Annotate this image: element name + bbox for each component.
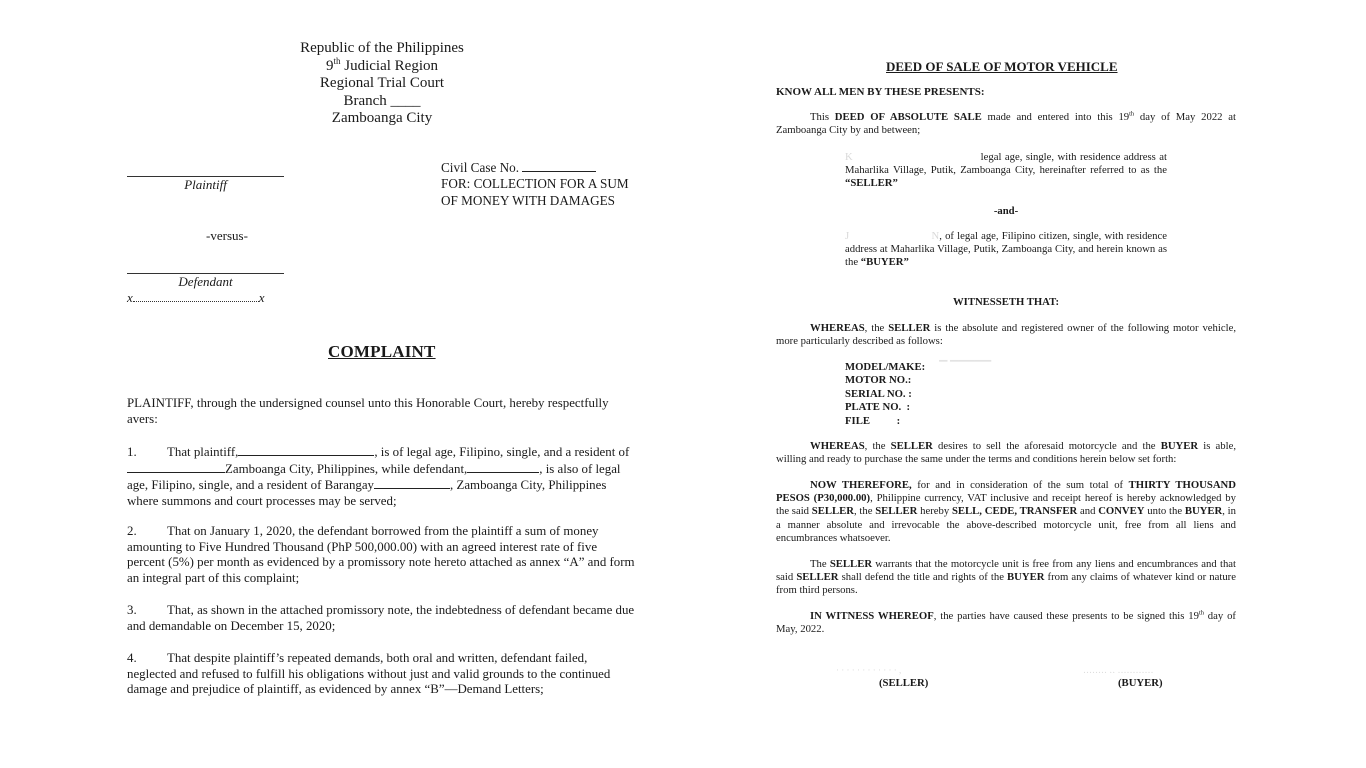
buyer-name-redacted: J N (845, 230, 939, 242)
intro-paragraph: PLAINTIFF, through the undersigned couns… (127, 396, 637, 427)
nt-t5: and (1077, 505, 1098, 517)
model-make-value: ▔ ▔▔▔▔▔ (939, 361, 991, 374)
know-all-men-heading: KNOW ALL MEN BY THESE PRESENTS: (776, 86, 985, 98)
vehicle-row-model: MODEL/MAKE:▔ ▔▔▔▔▔ (845, 361, 991, 374)
case-info: Civil Case No. FOR: COLLECTION FOR A SUM… (441, 160, 629, 209)
civil-case-label: Civil Case No. (441, 160, 519, 175)
region-rest: Judicial Region (341, 58, 439, 74)
motor-no-label: MOTOR NO.: (845, 374, 911, 387)
p1-text-a: That plaintiff, (167, 445, 238, 459)
nt-t6: unto the (1145, 505, 1185, 517)
for-line-1: FOR: COLLECTION FOR A SUM (441, 176, 629, 192)
vehicle-row-plate: PLATE NO. : (845, 401, 991, 414)
deed-of-sale-document: DEED OF SALE OF MOTOR VEHICLE KNOW ALL M… (683, 0, 1366, 768)
nt-t1: for and in consideration of the sum tota… (912, 479, 1129, 491)
nt-t3: , the (854, 505, 875, 517)
barangay-blank (374, 477, 450, 489)
w2-t1: , the (865, 440, 891, 452)
seller-role: “SELLER” (845, 177, 898, 189)
convey-bold: CONVEY (1098, 505, 1144, 517)
witnesseth-heading: WITNESSETH THAT: (776, 296, 1236, 308)
seller-bold: SELLER (875, 505, 917, 517)
model-make-label: MODEL/MAKE: (845, 361, 925, 374)
court-line: Regional Trial Court (282, 75, 482, 93)
seller-bold: SELLER (888, 322, 930, 334)
opening-paragraph: This DEED OF ABSOLUTE SALE made and ente… (776, 111, 1236, 137)
paragraph-4: 4.That despite plaintiff’s repeated dema… (127, 651, 637, 698)
seller-name-redacted: K (845, 151, 977, 163)
p1-text-c: Zamboanga City, Philippines, while defen… (225, 462, 467, 476)
in-witness-bold: IN WITNESS WHEREOF (810, 610, 934, 622)
city-line: Zamboanga City (282, 110, 482, 128)
buyer-bold: BUYER (1185, 505, 1222, 517)
plate-no-label: PLATE NO. : (845, 401, 910, 414)
buyer-role: “BUYER” (861, 256, 909, 268)
region-suffix: th (333, 56, 340, 66)
republic-line: Republic of the Philippines (282, 40, 482, 58)
paragraph-2: 2.That on January 1, 2020, the defendant… (127, 524, 637, 586)
nt-t4: hereby (917, 505, 952, 517)
seller-signature-name: · · · · · · · · · · · · , (836, 665, 901, 675)
p1-text-b: , is of legal age, Filipino, single, and… (374, 445, 629, 459)
versus-label: -versus- (127, 228, 327, 244)
paragraph-number: 4. (127, 651, 167, 667)
defendant-label: Defendant (127, 274, 284, 290)
branch-line: Branch ____ (282, 93, 482, 111)
caption-divider: xx (127, 290, 265, 306)
vehicle-details: MODEL/MAKE:▔ ▔▔▔▔▔ MOTOR NO.: SERIAL NO.… (845, 361, 991, 428)
seller-bold: SELLER (796, 571, 838, 583)
in-witness-paragraph: IN WITNESS WHEREOF, the parties have cau… (776, 610, 1236, 636)
w2-t2: desires to sell the aforesaid motorcycle… (933, 440, 1161, 452)
plaintiff-address-blank (127, 461, 225, 473)
seller-bold: SELLER (812, 505, 854, 517)
paragraph-1: 1.That plaintiff,, is of legal age, Fili… (127, 444, 637, 509)
seller-signature-label: (SELLER) (879, 677, 928, 689)
iw-t1: , the parties have caused these presents… (934, 610, 1199, 622)
paragraph-number: 3. (127, 603, 167, 619)
wa-t2: shall defend the title and rights of the (839, 571, 1008, 583)
paragraph-text: That despite plaintiff’s repeated demand… (127, 651, 610, 696)
seller-party-paragraph: K legal age, single, with residence addr… (845, 151, 1167, 191)
sell-cede-transfer-bold: SELL, CEDE, TRANSFER (952, 505, 1077, 517)
for-line-2: OF MONEY WITH DAMAGES (441, 193, 629, 209)
paragraph-number: 2. (127, 524, 167, 540)
vehicle-row-serial: SERIAL NO. : (845, 388, 991, 401)
civil-case-line: Civil Case No. (441, 160, 629, 176)
deed-title: DEED OF SALE OF MOTOR VEHICLE (886, 59, 1118, 75)
paragraph-text: That on January 1, 2020, the defendant b… (127, 524, 635, 585)
whereas-sale-paragraph: WHEREAS, the SELLER desires to sell the … (776, 440, 1236, 466)
whereas-owner-paragraph: WHEREAS, the SELLER is the absolute and … (776, 322, 1236, 348)
vehicle-row-file: FILE : (845, 415, 991, 428)
buyer-signature-label: (BUYER) (1118, 677, 1163, 689)
plaintiff-label: Plaintiff (127, 177, 284, 193)
paragraph-text: That, as shown in the attached promissor… (127, 603, 634, 633)
buyer-signature-name: ‥‥‥‥ ‥ ‥‥‥‥‥‥ (1083, 665, 1154, 676)
buyer-party-paragraph: J N, of legal age, Filipino citizen, sin… (845, 230, 1167, 270)
complaint-title: COMPLAINT (328, 342, 436, 362)
plaintiff-name-blank (238, 444, 374, 456)
complaint-document: Republic of the Philippines 9th Judicial… (0, 0, 683, 768)
whereas-bold: WHEREAS (810, 322, 865, 334)
wa-t0: The (810, 558, 830, 570)
defendant-name-blank (467, 461, 539, 473)
court-header: Republic of the Philippines 9th Judicial… (282, 40, 482, 128)
judicial-region-line: 9th Judicial Region (282, 58, 482, 76)
serial-no-label: SERIAL NO. : (845, 388, 912, 401)
buyer-bold: BUYER (1161, 440, 1198, 452)
now-therefore-paragraph: NOW THEREFORE, for and in consideration … (776, 479, 1236, 545)
now-therefore-bold: NOW THEREFORE, (810, 479, 912, 491)
vehicle-row-motor: MOTOR NO.: (845, 374, 991, 387)
paragraph-number: 1. (127, 445, 167, 461)
civil-case-number-blank (522, 160, 596, 172)
whereas-bold: WHEREAS (810, 440, 865, 452)
w1-t1: , the (865, 322, 889, 334)
warranty-paragraph: The SELLER warrants that the motorcycle … (776, 558, 1236, 598)
dotted-line (133, 293, 259, 302)
paragraph-3: 3.That, as shown in the attached promiss… (127, 603, 637, 634)
opening-mid: made and entered into this 19 (982, 111, 1129, 123)
opening-pre: This (810, 111, 835, 123)
deed-of-absolute-sale: DEED OF ABSOLUTE SALE (835, 111, 982, 123)
file-label: FILE : (845, 415, 900, 428)
seller-bold: SELLER (830, 558, 872, 570)
buyer-bold: BUYER (1007, 571, 1044, 583)
seller-bold: SELLER (891, 440, 933, 452)
x-mark-right: x (259, 290, 265, 305)
and-separator: -and- (776, 205, 1236, 217)
